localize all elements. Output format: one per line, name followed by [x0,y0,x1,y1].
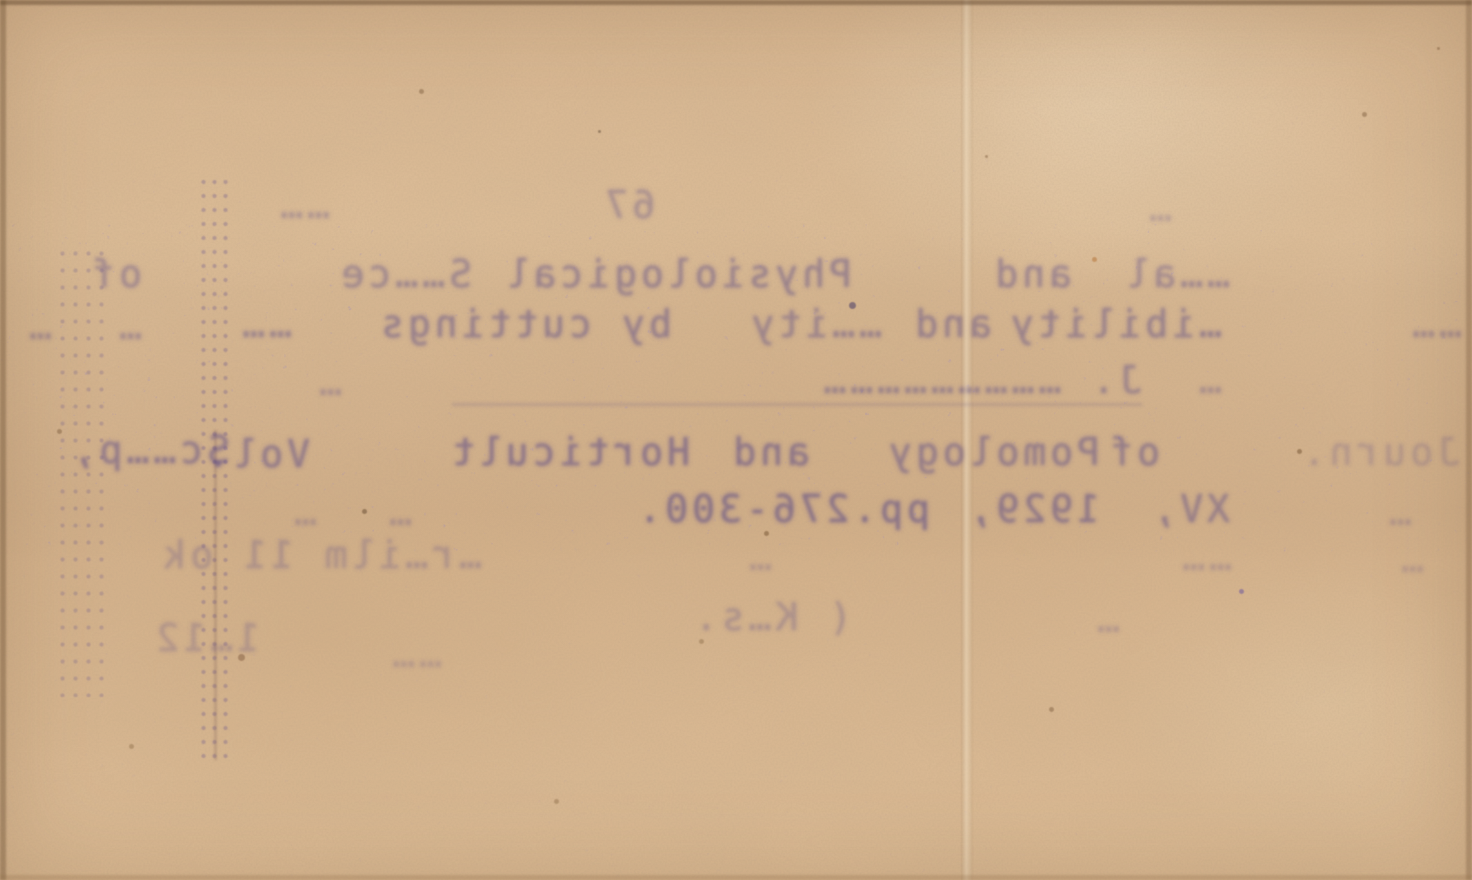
ink-mark: …… [1178,537,1232,577]
title-fragment: …… [1408,304,1462,344]
journal-name-fragment: Horticult [448,432,690,472]
scan-edge-top [0,0,1472,5]
title-fragment: and [911,304,992,344]
journal-name-fragment: of [1106,432,1160,472]
title-fragment: by [618,304,672,344]
scan-edge-left [0,0,6,880]
journal-name-fragment: Pomology [885,432,1100,472]
title-fragment: … [25,306,52,346]
title-fragment: …… [238,304,292,344]
scanned-card-back: …… 67 … ……al and Physiological S……ce of … [0,0,1472,880]
scan-edge-right [1466,0,1472,880]
journal-name-fragment: Journ. [1299,432,1460,472]
title-fragment: Physiological [503,254,852,294]
title-fragment: … [115,306,142,346]
ink-mark: … [385,492,412,532]
ink-mark: … [1397,539,1424,579]
title-fragment: and [991,254,1072,294]
title-fragment: cuttings [377,304,592,344]
year-fragment: 1929, [966,489,1100,529]
mirrored-typewriter-impression: …… 67 … ……al and Physiological S……ce of … [0,0,1472,880]
volume-fragment: XV, [1149,489,1230,529]
title-fragment: …ibility [1007,304,1222,344]
bottom-mark-fragment: 1…12 [152,618,260,658]
author-underlined-fragment: J. ……………………… [452,360,1142,406]
scan-edge-bottom [0,875,1472,880]
title-fragment: ……al [1122,254,1230,294]
faint-note-fragment: …r…ilm 11 ok [159,535,482,575]
stamp-fragment: ( K…s. [691,597,852,637]
ink-mark: … [1385,492,1412,532]
journal-name-fragment: and [729,432,810,472]
ink-mark: …… [388,634,442,674]
pages-fragment: pp.276-300. [634,489,930,529]
title-fragment: S……ce [338,254,472,294]
title-fragment: ……ity [748,304,882,344]
author-fragment: … [1195,360,1222,400]
title-fragment: of [88,254,142,294]
ink-mark: … [290,492,317,532]
journal-name-fragment: Sc……p, [69,430,230,470]
header-fragment: …… [276,185,330,225]
ink-mark: … [1093,599,1120,639]
author-fragment: … [315,362,342,402]
ink-mark: … [745,537,772,577]
header-number-fragment: 67 [601,185,655,225]
header-fragment: … [1145,188,1172,228]
